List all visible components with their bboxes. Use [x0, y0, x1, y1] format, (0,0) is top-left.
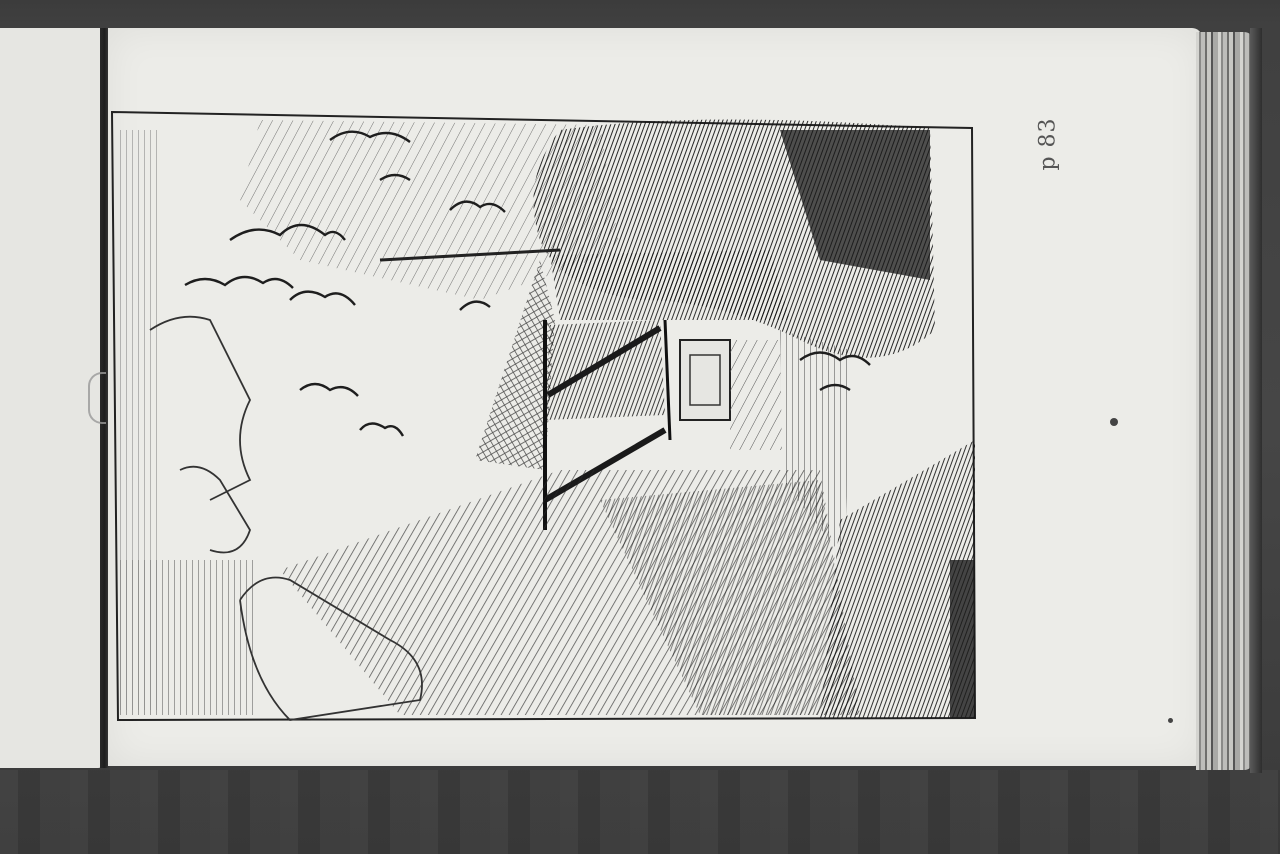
ink-spot: [1110, 418, 1118, 426]
ink-spot: [1168, 718, 1173, 723]
page-number-text: p 83: [1036, 117, 1061, 170]
shed-roof: [550, 250, 790, 320]
shed-window: [680, 340, 730, 420]
page-number-annotation: p 83: [1026, 104, 1070, 184]
ink-sketch: [0, 0, 1280, 854]
